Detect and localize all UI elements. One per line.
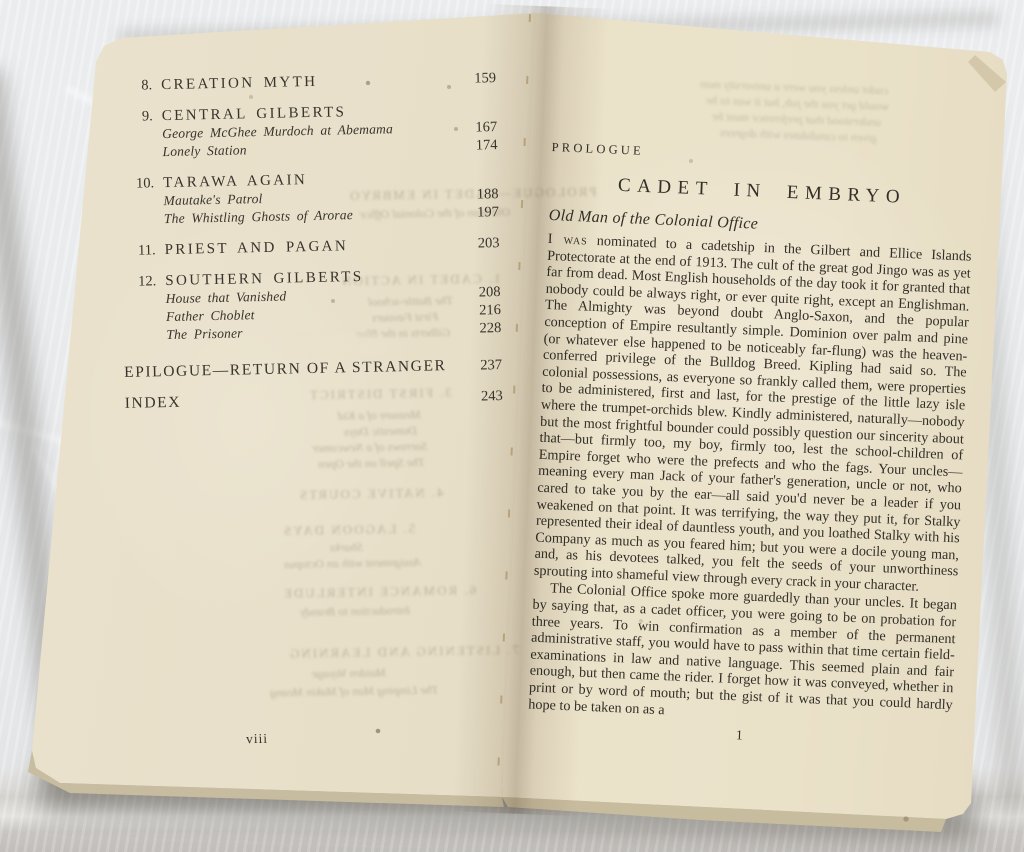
toc-row-epilogue: EPILOGUE—RETURN OF A STRANGER 237 [124, 356, 502, 382]
chapter-number [123, 339, 157, 340]
paragraph-text: nominated to a cadetship in the Gilbert … [534, 233, 972, 595]
chapter-number [123, 303, 157, 304]
smallcaps-lead: I was [548, 231, 589, 249]
chapter-number [119, 138, 153, 139]
chapter-number: 9. [119, 108, 153, 126]
page-ref: 203 [453, 235, 499, 253]
toc-row: 11. PRIEST AND PAGAN 203 [121, 235, 499, 260]
chapter-number [121, 205, 155, 206]
page-ref: 216 [455, 302, 501, 320]
page-ref [454, 278, 500, 279]
page-ref: 167 [451, 119, 497, 137]
foxing-speckles [0, 0, 2, 2]
prologue-page: PROLOGUE CADET IN EMBRYO Old Man of the … [527, 140, 976, 752]
chapter-number [121, 223, 155, 224]
chapter-heading: CADET IN EMBRYO [550, 172, 975, 212]
body-paragraph: I was nominated to a cadetship in the Gi… [534, 231, 972, 597]
page-ref: 237 [456, 357, 502, 375]
page-ref: 159 [450, 70, 496, 88]
page-ref: 228 [455, 320, 501, 338]
page-ref [451, 113, 497, 114]
page-ref: 174 [451, 137, 497, 155]
chapter-number: 8. [118, 77, 152, 95]
chapter-number: 11. [121, 242, 155, 260]
page-ref: 197 [453, 204, 499, 222]
chapter-number [120, 156, 154, 157]
page-ref: 208 [454, 284, 500, 302]
book-photo-scene: PROLOGUE—CADET IN EMBRYO Old Man of the … [0, 0, 1024, 852]
body-paragraph: The Colonial Office spoke more guardedly… [528, 580, 957, 730]
chapter-number: 12. [122, 273, 156, 291]
page-ref [452, 180, 498, 181]
left-folio: viii [246, 731, 268, 747]
chapter-title: PRIEST AND PAGAN [164, 236, 444, 259]
chapter-number: 10. [120, 175, 154, 193]
page-ref: 243 [457, 388, 503, 406]
page-ref: 188 [452, 186, 498, 204]
epilogue-title: EPILOGUE—RETURN OF A STRANGER [124, 357, 447, 382]
chapter-number [123, 321, 157, 322]
table-of-contents: 8. CREATION MYTH 159 9. CENTRAL GILBERTS… [118, 70, 503, 413]
